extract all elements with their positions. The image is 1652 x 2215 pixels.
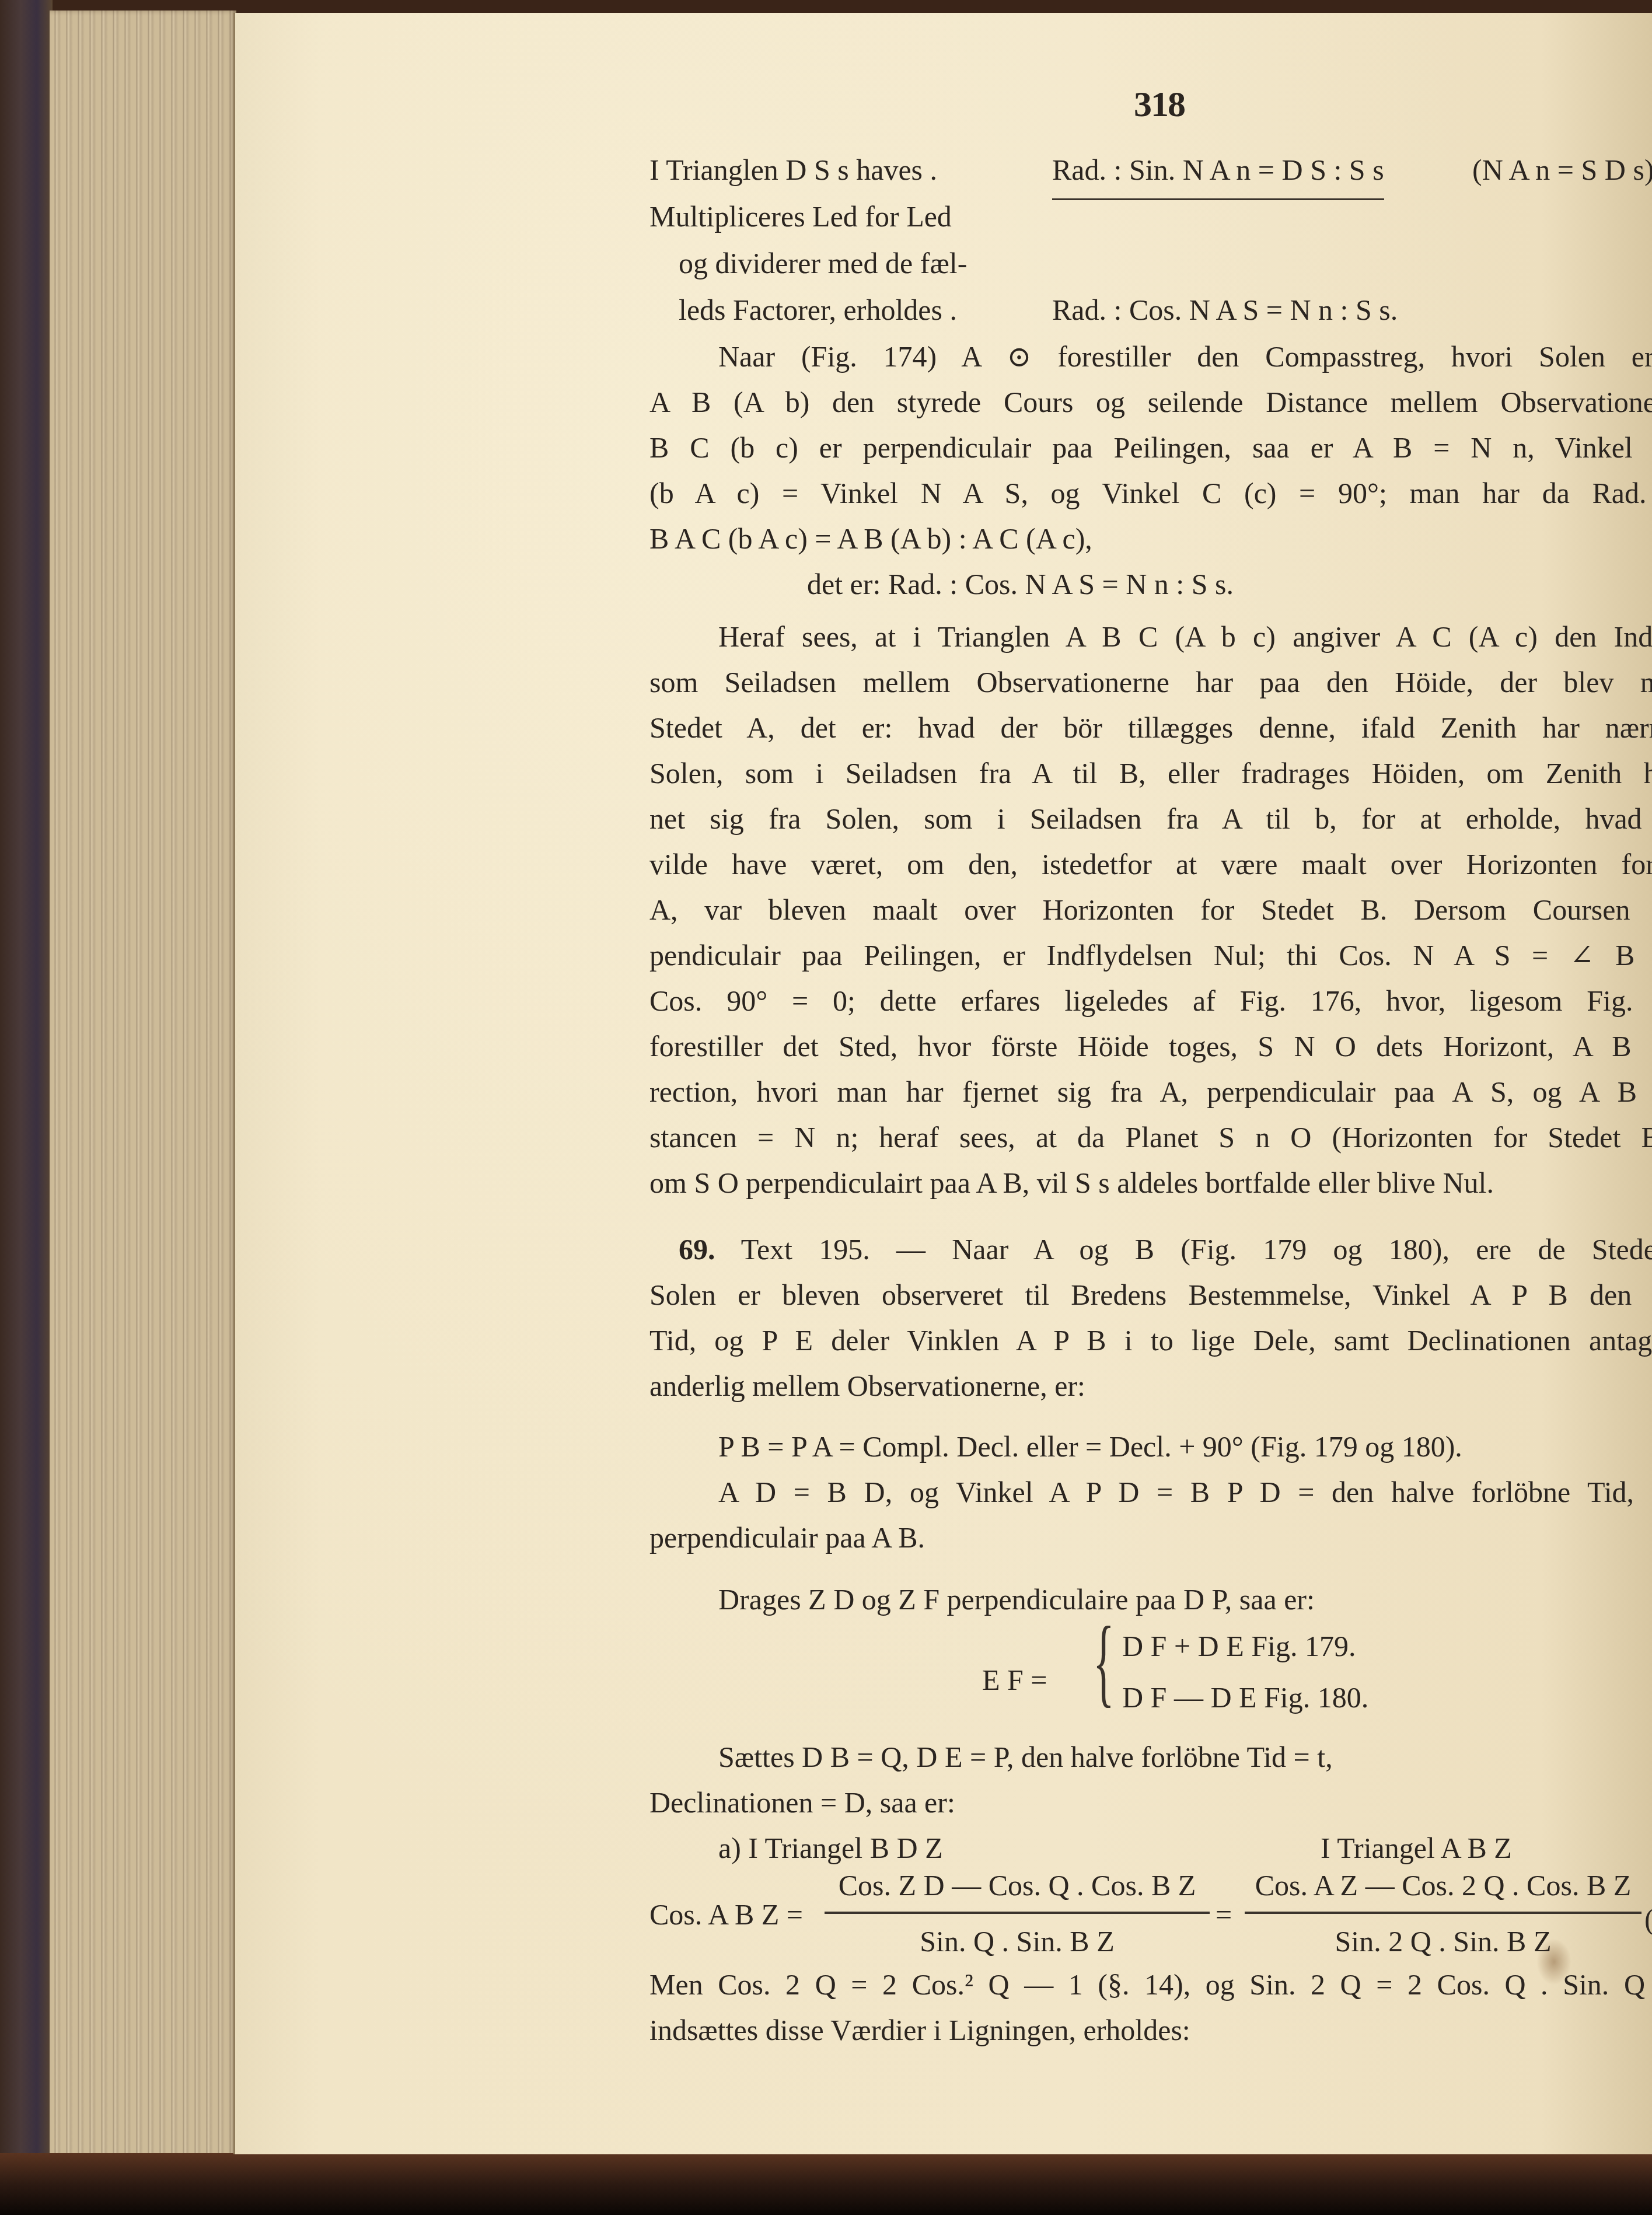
equation-cos: Rad. : Cos. N A S = N n : S s. [1052, 287, 1398, 333]
page-edges-stack [50, 11, 236, 2158]
equation-ad: A D = B D, og Vinkel A P D = B P D = den… [649, 1469, 1652, 1515]
fraction-abz: Cos. A Z — Cos. 2 Q . Cos. B Z Sin. 2 Q … [1245, 1863, 1641, 1964]
fraction-numerator: Cos. Z D — Cos. Q . Cos. B Z [825, 1863, 1210, 1914]
top-left-text: I Trianglen D S s haves . [649, 147, 937, 193]
paragraph-line: pendiculair paa Peilingen, er Indflydels… [649, 932, 1652, 978]
paragraph-line: B C (b c) er perpendiculair paa Peilinge… [649, 425, 1652, 470]
fraction-bdz: Cos. Z D — Cos. Q . Cos. B Z Sin. Q . Si… [825, 1863, 1210, 1964]
paragraph-line: net sig fra Solen, som i Seiladsen fra A… [649, 796, 1652, 841]
paragraph-line: Solen, som i Seiladsen fra A til B, elle… [649, 750, 1652, 796]
fraction-denominator: Sin. Q . Sin. B Z [825, 1914, 1210, 1964]
paragraph-line: Men Cos. 2 Q = 2 Cos.² Q — 1 (§. 14), og… [649, 1962, 1652, 2007]
book-page: 318 I Trianglen D S s haves . Rad. : Sin… [233, 13, 1652, 2154]
paragraph-line: Stedet A, det er: hvad der bör tillægges… [649, 705, 1652, 750]
paragraph-line: anderlig mellem Observationerne, er: [649, 1363, 1085, 1409]
paragraph-line: Solen er bleven observeret til Bredens B… [649, 1272, 1652, 1318]
equation-ef-lhs: E F = [982, 1657, 1047, 1703]
equation-ef-case-179: D F + D E Fig. 179. [1122, 1623, 1356, 1669]
paragraph-line: perpendiculair paa A B. [649, 1515, 925, 1560]
equals-sign: = [1216, 1892, 1232, 1937]
brace-icon: { [1093, 1612, 1115, 1711]
paragraph-line: (b A c) = Vinkel N A S, og Vinkel C (c) … [649, 470, 1652, 516]
paragraph-line: Tid, og P E deler Vinklen A P B i to lig… [649, 1318, 1652, 1363]
equation-pb: P B = P A = Compl. Decl. eller = Decl. +… [718, 1424, 1462, 1469]
book-cover-bottom [0, 2153, 1652, 2215]
paragraph-line: vilde have været, om den, istedetfor at … [649, 841, 1652, 887]
fraction-numerator: Cos. A Z — Cos. 2 Q . Cos. B Z [1245, 1863, 1641, 1914]
equation-ef-case-180: D F — D E Fig. 180. [1122, 1675, 1368, 1720]
equation-cos-abz-lhs: Cos. A B Z = [649, 1892, 803, 1937]
section-69-line-1: 69. Text 195. — Naar A og B (Fig. 179 og… [649, 1227, 1652, 1272]
paragraph-line: B A C (b A c) = A B (A b) : A C (A c), [649, 516, 1092, 561]
paragraph-line: rection, hvori man har fjernet sig fra A… [649, 1069, 1652, 1115]
section-number: 69. [679, 1233, 715, 1266]
paragraph-line: Cos. 90° = 0; dette erfares ligeledes af… [649, 978, 1652, 1023]
paragraph-line: forestiller det Sted, hvor förste Höide … [649, 1023, 1652, 1069]
book-cover-top [0, 0, 1652, 13]
equation-note: (N A n = S D s). [1472, 147, 1652, 193]
paragraph-line: A B (A b) den styrede Cours og seilende … [649, 379, 1652, 425]
paragraph-line: Heraf sees, at i Trianglen A B C (A b c)… [649, 614, 1652, 659]
book-cover-spine [0, 0, 53, 2215]
section-reference: (§. 37). [1644, 1896, 1652, 1942]
top-left-text: og dividerer med de fæl- [679, 240, 967, 286]
paragraph-line: Declinationen = D, saa er: [649, 1780, 955, 1825]
paragraph-line: som Seiladsen mellem Observationerne har… [649, 659, 1652, 705]
paragraph-line: stancen = N n; heraf sees, at da Planet … [649, 1115, 1652, 1160]
paragraph-line: indsættes disse Værdier i Ligningen, erh… [649, 2007, 1190, 2053]
paragraph-line: A, var bleven maalt over Horizonten for … [649, 887, 1652, 932]
paragraph-line: Sættes D B = Q, D E = P, den halve forlö… [718, 1734, 1333, 1780]
top-left-text: Multipliceres Led for Led [649, 194, 952, 239]
paragraph-line: Naar (Fig. 174) A ⊙ forestiller den Comp… [649, 334, 1652, 379]
paragraph-line: Drages Z D og Z F perpendiculaire paa D … [718, 1577, 1315, 1622]
paragraph-line: om S O perpendiculairt paa A B, vil S s … [649, 1160, 1494, 1206]
fraction-denominator: Sin. 2 Q . Sin. B Z [1245, 1914, 1641, 1964]
top-left-text: leds Factorer, erholdes . [679, 287, 957, 333]
equation-sin: Rad. : Sin. N A n = D S : S s [1052, 147, 1384, 200]
page-number: 318 [1134, 84, 1185, 125]
paragraph-line: Text 195. — Naar A og B (Fig. 179 og 180… [741, 1233, 1652, 1266]
equation-det-er: det er: Rad. : Cos. N A S = N n : S s. [807, 561, 1234, 607]
